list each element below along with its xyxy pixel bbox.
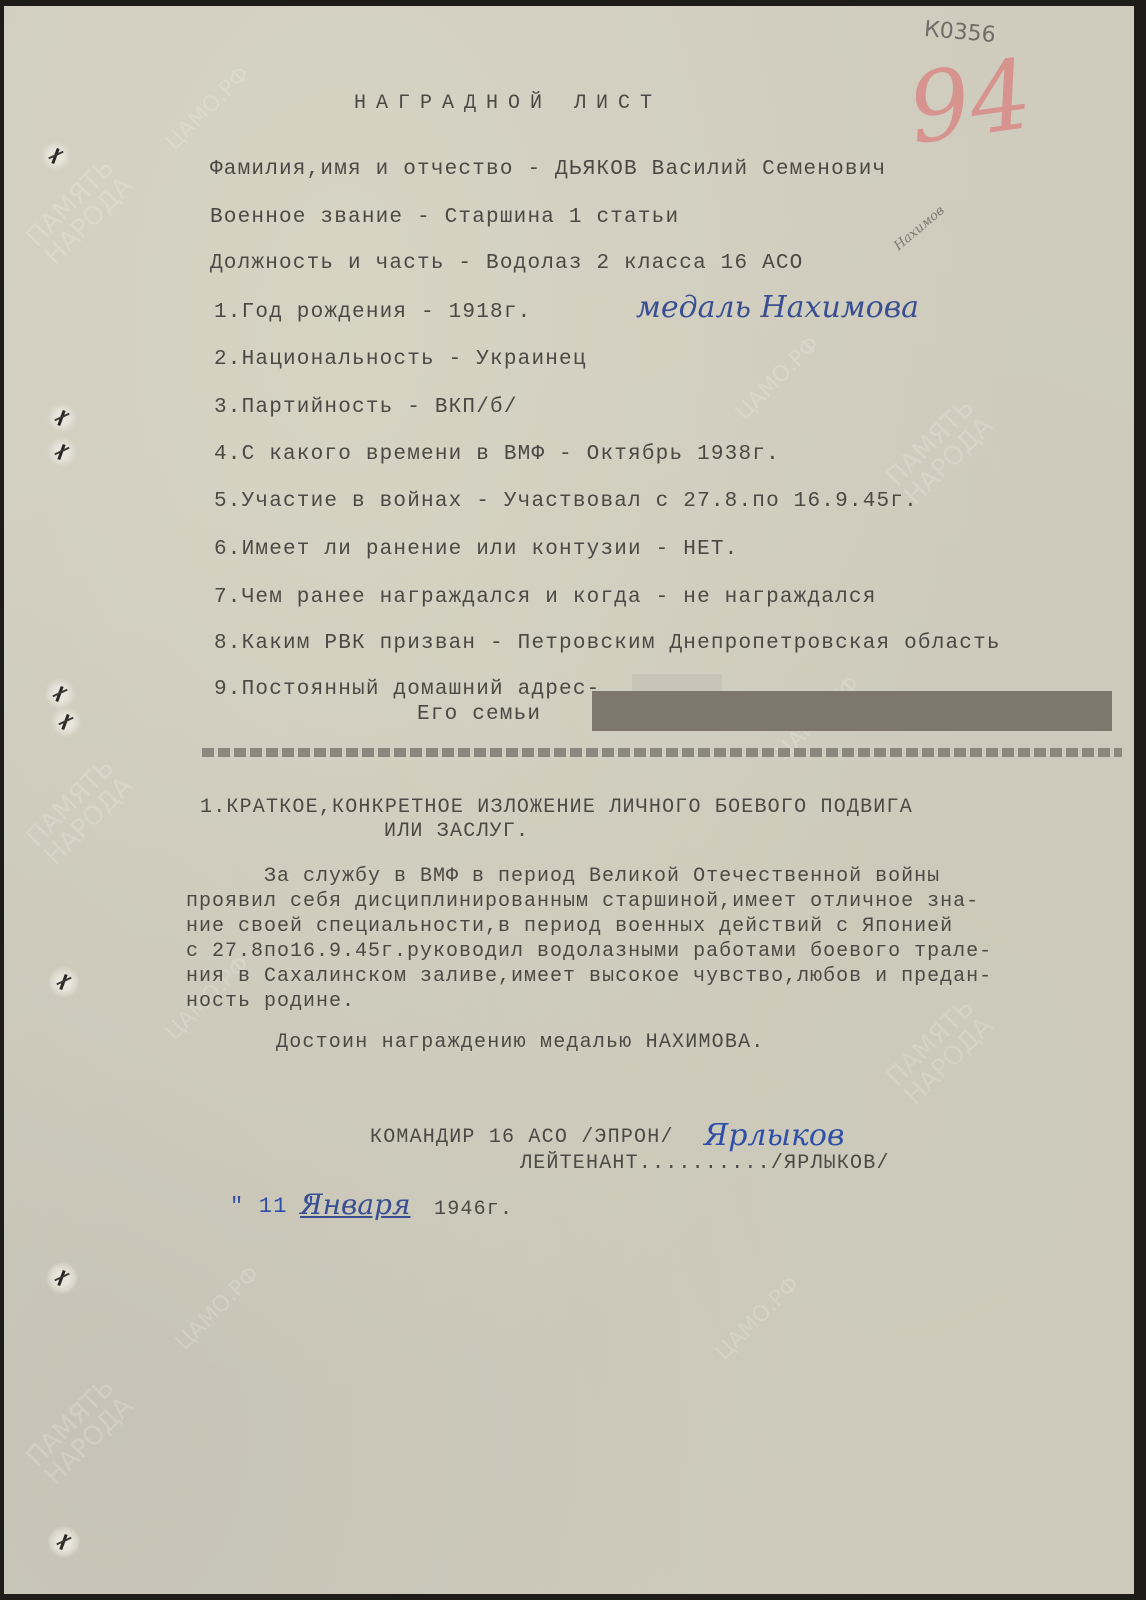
watermark-memory: ПАМЯТЬНАРОДА xyxy=(22,154,138,270)
punch-hole xyxy=(48,966,80,998)
punch-hole xyxy=(46,1262,78,1294)
section-heading: 1.КРАТКОЕ,КОНКРЕТНОЕ ИЗЛОЖЕНИЕ ЛИЧНОГО Б… xyxy=(200,796,913,819)
item-wars: 5.Участие в войнах - Участвовал с 27.8.п… xyxy=(214,490,918,513)
item-birth-year: 1.Год рождения - 1918г. xyxy=(214,301,531,324)
narrative-line: ния в Сахалинском заливе,имеет высокое ч… xyxy=(186,964,1126,989)
item-family-address: Его семьи xyxy=(417,703,541,726)
punch-hole xyxy=(44,678,76,710)
section-heading-cont: ИЛИ ЗАСЛУГ. xyxy=(384,820,529,843)
item-nationality: 2.Национальность - Украинец xyxy=(214,348,587,371)
watermark-line: НАРОДА xyxy=(899,1011,999,1111)
item-party: 3.Партийность - ВКП/б/ xyxy=(214,396,518,419)
watermark-line: ПАМЯТЬ xyxy=(21,153,121,253)
watermark-memory: ПАМЯТЬНАРОДА xyxy=(22,754,138,870)
watermark-line: ПАМЯТЬ xyxy=(881,393,981,493)
date-year: 1946г. xyxy=(434,1198,513,1221)
watermark-camo: ЦАМО.РФ xyxy=(731,332,825,426)
field-full-name: Фамилия,имя и отчество - ДЬЯКОВ Василий … xyxy=(210,158,886,181)
field-position: Должность и часть - Водолаз 2 класса 16 … xyxy=(210,252,804,275)
punch-hole xyxy=(50,706,82,738)
watermark-memory: ПАМЯТЬНАРОДА xyxy=(22,1374,138,1490)
watermark-line: ПАМЯТЬ xyxy=(21,1373,121,1473)
document-title: НАГРАДНОЙ ЛИСТ xyxy=(354,92,662,115)
signature-title: КОМАНДИР 16 АСО /ЭПРОН/ xyxy=(370,1126,674,1149)
item-previous-awards: 7.Чем ранее награждался и когда - не наг… xyxy=(214,586,877,609)
punch-hole xyxy=(46,402,78,434)
item-navy-since: 4.С какого времени в ВМФ - Октябрь 1938г… xyxy=(214,443,780,466)
field-rank: Военное звание - Старшина 1 статьи xyxy=(210,206,679,229)
watermark-line: НАРОДА xyxy=(39,171,139,271)
item-conscription: 8.Каким РВК призван - Петровским Днепроп… xyxy=(214,632,1001,655)
date-month: Января xyxy=(300,1188,411,1221)
signature-name: ЛЕЙТЕНАНТ........../ЯРЛЫКОВ/ xyxy=(520,1152,890,1175)
watermark-camo: ЦАМО.РФ xyxy=(161,62,255,156)
punch-hole xyxy=(46,436,78,468)
item-wounds: 6.Имеет ли ранение или контузии - НЕТ. xyxy=(214,538,738,561)
handwritten-signature: Ярлыков xyxy=(704,1118,844,1153)
watermark-camo: ЦАМО.РФ xyxy=(171,1262,265,1356)
narrative-line: проявил себя дисциплинированным старшино… xyxy=(186,889,1126,914)
redaction-bar xyxy=(592,691,1112,731)
narrative-line: с 27.8по16.9.45г.руководил водолазными р… xyxy=(186,939,1126,964)
award-sheet-page: ЦАМО.РФ ЦАМО.РФ ЦАМО.РФ ЦАМО.РФ ЦАМО.РФ … xyxy=(4,6,1134,1594)
narrative-line: ние своей специальности,в период военных… xyxy=(186,914,1126,939)
watermark-line: ПАМЯТЬ xyxy=(21,753,121,853)
conclusion: Достоин награждению медалью НАХИМОВА. xyxy=(276,1031,764,1054)
item-home-address: 9.Постоянный домашний адрес- xyxy=(214,678,600,701)
watermark-camo: ЦАМО.РФ xyxy=(711,1272,805,1366)
punch-hole xyxy=(40,140,72,172)
punch-hole xyxy=(48,1526,80,1558)
narrative-line: За службу в ВМФ в период Великой Отечест… xyxy=(186,864,1126,889)
separator-line xyxy=(202,748,1122,756)
red-pencil-mark: 94 xyxy=(902,38,1039,166)
handwritten-medal-note: медаль Нахимова xyxy=(636,290,919,325)
narrative-line: ность родине. xyxy=(186,989,1126,1014)
pencil-note: Нахимов xyxy=(891,203,947,254)
narrative-paragraph: За службу в ВМФ в период Великой Отечест… xyxy=(186,864,1126,1014)
watermark-line: НАРОДА xyxy=(39,1391,139,1491)
watermark-line: НАРОДА xyxy=(39,771,139,871)
